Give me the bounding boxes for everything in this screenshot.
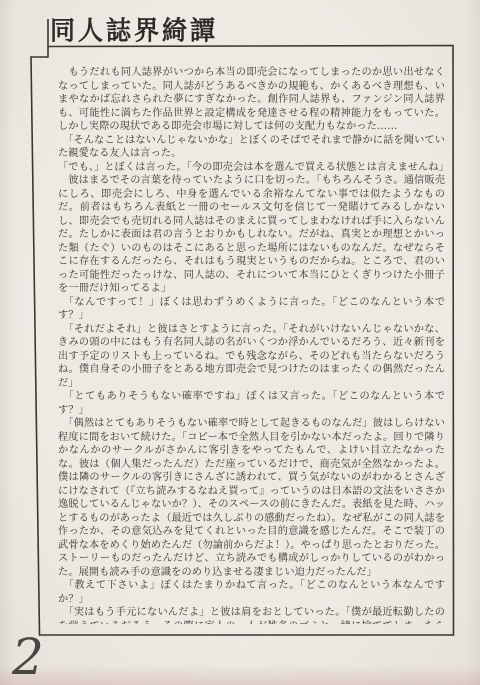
paragraph: 「とてもありそうもない確率ですね」ぼくは又言った。「どこのなんという本です？」: [58, 390, 445, 417]
page-number: 2: [12, 628, 64, 685]
paragraph: 「偶然はとてもありそうもない確率で時として起きるものなんだ」彼はしらけない程度に…: [58, 417, 445, 579]
body-text: もうだれも同人誌界がいつから本当の即売会になってしまったのか思い出せなくなってし…: [58, 66, 445, 624]
paragraph: もうだれも同人誌界がいつから本当の即売会になってしまったのか思い出せなくなってし…: [58, 66, 445, 134]
page-title: 同人誌界綺譚: [50, 16, 410, 47]
scanned-page: 同人誌界綺譚 もうだれも同人誌界がいつから本当の即売会になってしまったのか思い出…: [0, 0, 480, 685]
paragraph: 「そんなことはないんじゃないかな」とぼくのそばでそれまで静かに話を聞いていた親愛…: [58, 134, 445, 161]
paragraph: 「教えて下さいよ」ぼくはたまりかねて言った。「どこのなんという本なんですか？」: [58, 579, 445, 606]
paragraph: 「でも、」とぼくは言った。「今の即売会は本を選んで買える状態とは言えませんね」: [58, 161, 445, 175]
paragraph: 「実はもう手元にないんだよ」と彼は肩をおとしていった。「僕が最近転勤したのを覚え…: [58, 606, 445, 624]
paragraph: 彼はまるでその言葉を待っていたように口を切った。「もちろんそうさ。通信販売にしろ…: [58, 174, 445, 296]
paragraph: 「それだよそれ」と彼はさとすように言った。「それがいけないんじゃないかな、きみの…: [58, 323, 445, 391]
paragraph: 「なんですって！」ぼくは思わずうめくように言った。「どこのなんという本です？」: [58, 296, 445, 323]
